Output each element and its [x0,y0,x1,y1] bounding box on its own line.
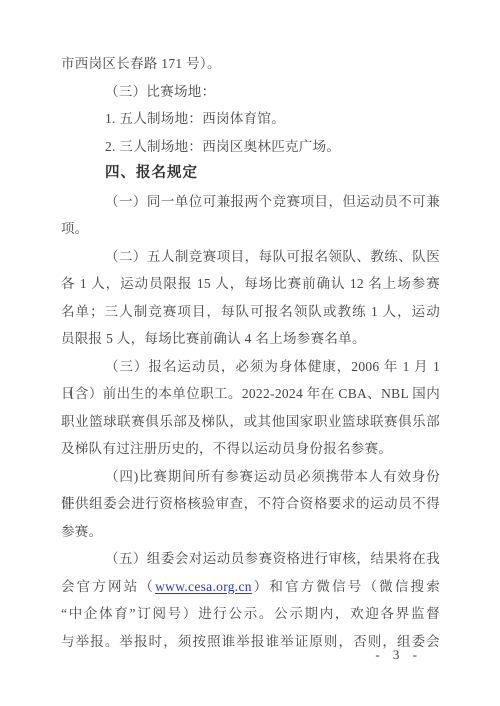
line-rule1-1: （一）同一单位可兼报两个竞赛项目，但运动员不可兼 [61,188,440,216]
line-venue-item-2: 2. 三人制场地：西岗区奥林匹克广场。 [61,133,440,161]
document-body: 市西岗区长春路 171 号）。 （三）比赛场地： 1. 五人制场地：西岗体育馆。… [61,50,440,655]
line-venue-item-1: 1. 五人制场地：西岗体育馆。 [61,105,440,133]
line-rule2-2: 各 1 人，运动员限报 15 人，每场比赛前确认 12 名上场参赛 [61,270,440,298]
line-rule2-4: 员限报 5 人，每场比赛前确认 4 名上场参赛名单。 [61,325,440,353]
line-rule4-1: （四)比赛期间所有参赛运动员必须携带本人有效身份证 [61,463,440,491]
page-number: - 3 - [375,647,422,663]
website-link[interactable]: www.cesa.org.cn [155,579,252,594]
rule5-link-prefix: 会官方网站（ [61,579,155,594]
line-rule4-2: 件供组委会进行资格核验审查，不符合资格要求的运动员不得 [61,490,440,518]
line-rule3-4: 及梯队有过注册历史的，不得以运动员身份报名参赛。 [61,435,440,463]
heading-registration-rules: 四、报名规定 [61,160,440,188]
document-page: 市西岗区长春路 171 号）。 （三）比赛场地： 1. 五人制场地：西岗体育馆。… [0,0,500,706]
line-rule3-1: （三）报名运动员，必须为身体健康，2006 年 1 月 1 日 [61,353,440,381]
line-venue-section-heading: （三）比赛场地： [61,78,440,106]
line-rule5-1: （五）组委会对运动员参赛资格进行审核，结果将在我 [61,545,440,573]
line-continuation-address: 市西岗区长春路 171 号）。 [61,50,440,78]
line-rule3-2: （含）前出生的本单位职工。2022-2024 年在 CBA、NBL 国内 [61,380,440,408]
rule5-link-suffix: ）和官方微信号（微信搜索 [252,579,440,594]
line-rule2-1: （二）五人制竞赛项目，每队可报名领队、教练、队医 [61,243,440,271]
line-rule5-3: “中企体育”订阅号）进行公示。公示期内，欢迎各界监督 [61,600,440,628]
line-rule1-2: 项。 [61,215,440,243]
line-rule3-3: 职业篮球联赛俱乐部及梯队，或其他国家职业篮球联赛俱乐部 [61,408,440,436]
line-rule2-3: 名单；三人制竞赛项目，每队可报名领队或教练 1 人，运动 [61,298,440,326]
line-rule4-3: 参赛。 [61,518,440,546]
line-rule5-2: 会官方网站（www.cesa.org.cn）和官方微信号（微信搜索 [61,573,440,601]
